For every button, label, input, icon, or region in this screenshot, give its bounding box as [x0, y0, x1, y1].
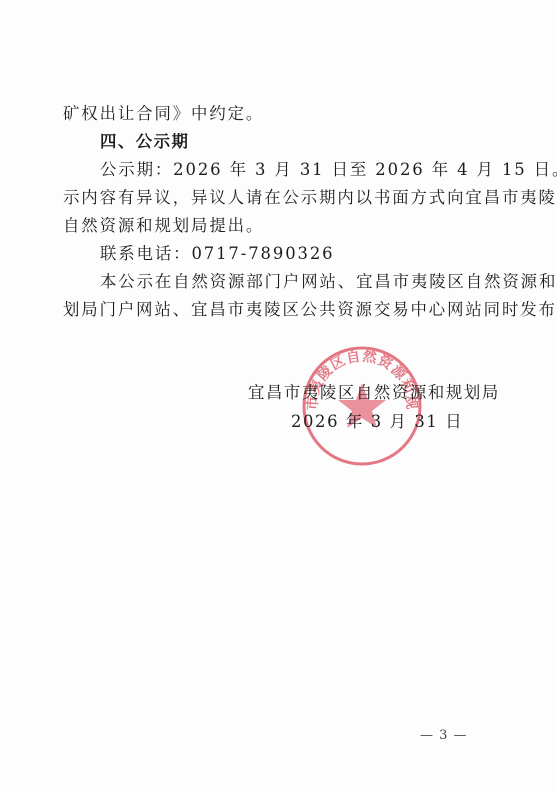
- body-text-line: 矿权出让合同》中约定。: [63, 104, 495, 124]
- signature-organization: 宜昌市夷陵区自然资源和规划局: [248, 383, 500, 403]
- body-text-line: 自然资源和规划局提出。: [63, 216, 495, 236]
- body-text-line: 示内容有异议，异议人请在公示期内以书面方式向宜昌市夷陵区: [63, 188, 495, 208]
- signature-date: 2026 年 3 月 31 日: [291, 412, 463, 432]
- body-text-line: 公示期：2026 年 3 月 31 日至 2026 年 4 月 15 日。如对本…: [100, 160, 495, 180]
- contact-phone: 联系电话：0717-7890326: [100, 244, 495, 264]
- section-heading: 四、公示期: [100, 132, 495, 152]
- body-text-line: 划局门户网站、宜昌市夷陵区公共资源交易中心网站同时发布。: [63, 300, 495, 320]
- page-number: — 3 —: [420, 728, 468, 743]
- official-seal-icon: 宜昌市夷陵区自然资源和规划局: [301, 345, 423, 467]
- body-text-line: 本公示在自然资源部门户网站、宜昌市夷陵区自然资源和规: [100, 272, 495, 292]
